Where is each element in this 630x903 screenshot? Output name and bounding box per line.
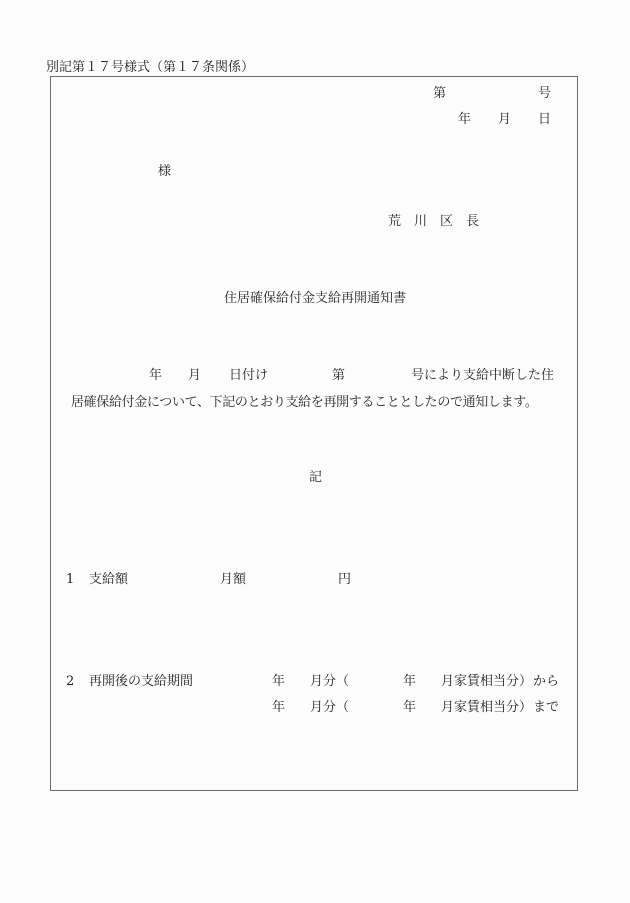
item1-sub-label: 月額 [220,572,246,588]
date-year: 年 [458,112,471,128]
date-day: 日 [538,112,551,128]
form-label: 別記第１７号様式（第１７条関係） [46,60,254,76]
item1-label: 支給額 [89,572,128,588]
sender: 荒 川 区 長 [388,214,479,230]
period-row1-month: 月分（ [310,674,349,690]
date-month: 月 [498,112,511,128]
item2-num: 2 [66,674,74,690]
body-line1-rest: 号により支給中断した住 [411,368,554,384]
period-row2-year2: 年 [403,700,416,716]
number-suffix: 号 [538,86,551,102]
body-year: 年 [149,368,162,384]
period-row1-rent: 月家賃相当分） [441,674,532,690]
body-no-prefix: 第 [332,368,345,384]
period-row1-end: から [533,674,559,690]
item1-num: 1 [66,572,74,588]
period-row1-year2: 年 [403,674,416,690]
period-row1-year: 年 [272,674,285,690]
period-row2-rent: 月家賃相当分） [441,700,532,716]
number-prefix: 第 [433,86,446,102]
body-dated: 日付け [229,368,268,384]
recipient-suffix: 様 [158,164,171,180]
body-month: 月 [188,368,201,384]
document-title: 住居確保給付金支給再開通知書 [224,291,406,307]
body-line2: 居確保給付金について、下記のとおり支給を再開することとしたので通知します。 [71,395,538,411]
period-row2-month: 月分（ [310,700,349,716]
period-row2-end: まで [533,700,559,716]
ki-heading: 記 [309,470,322,486]
period-row2-year: 年 [272,700,285,716]
item2-label: 再開後の支給期間 [89,674,193,690]
item1-unit: 円 [338,572,351,588]
